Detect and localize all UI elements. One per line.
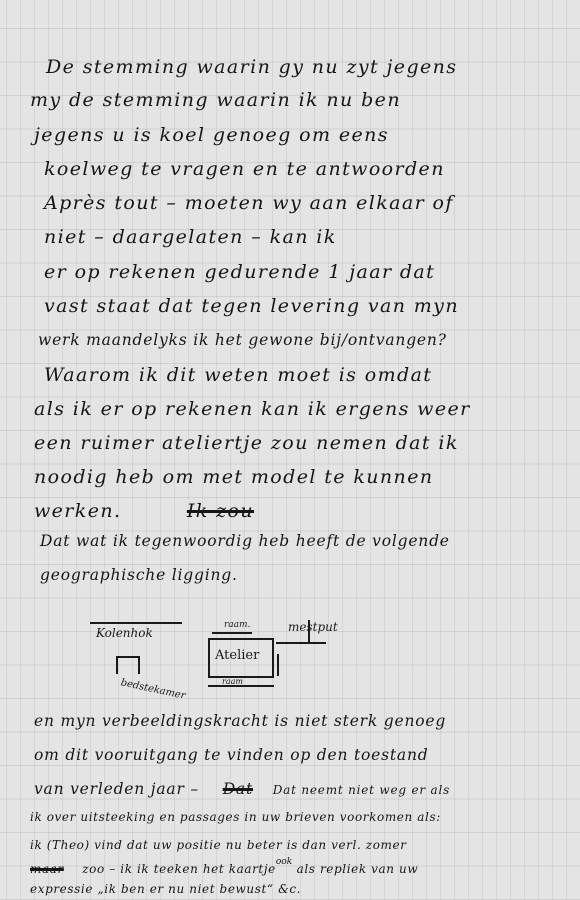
letter-line: jegens u is koel genoeg om eens bbox=[34, 124, 389, 146]
letter-text: van verleden jaar – bbox=[34, 780, 199, 798]
letter-line: als ik er op rekenen kan ik ergens weer bbox=[34, 398, 471, 420]
mestput-label: mestput bbox=[288, 620, 338, 634]
letter-line: maar zoo – ik ik teeken het kaartjeook a… bbox=[30, 862, 418, 876]
sketch-line bbox=[308, 620, 310, 642]
sketch-line bbox=[90, 622, 182, 624]
sketch-line bbox=[212, 632, 252, 634]
sketch-line bbox=[208, 685, 274, 687]
struck-text: maar bbox=[30, 862, 64, 876]
letter-line: Après tout – moeten wy aan elkaar of bbox=[44, 192, 454, 214]
letter-line: expressie „ik ben er nu niet bewust“ &c. bbox=[30, 882, 301, 896]
floor-plan-sketch: Kolenhok raam. Atelier raam mestput beds… bbox=[90, 612, 350, 712]
atelier-label: Atelier bbox=[215, 648, 259, 663]
letter-line: en myn verbeeldingskracht is niet sterk … bbox=[34, 712, 446, 730]
letter-text: werken. bbox=[34, 500, 121, 522]
letter-line: Dat wat ik tegenwoordig heb heeft de vol… bbox=[40, 532, 450, 550]
sketch-line bbox=[277, 654, 279, 676]
letter-line: werk maandelyks ik het gewone bij/ontvan… bbox=[38, 331, 447, 349]
letter-text: zoo – ik ik teeken het kaartje bbox=[82, 862, 276, 876]
letter-text: Dat neemt niet weg er als bbox=[273, 783, 450, 797]
letter-line: ik (Theo) vind dat uw positie nu beter i… bbox=[30, 838, 407, 852]
letter-line: werken. Ik zou bbox=[34, 500, 254, 522]
raam-top-label: raam. bbox=[224, 620, 250, 630]
letter-line: geographische ligging. bbox=[40, 566, 238, 584]
letter-line: noodig heb om met model te kunnen bbox=[34, 466, 433, 488]
letter-line: ik over uitsteeking en passages in uw br… bbox=[30, 810, 441, 824]
letter-line: De stemming waarin gy nu zyt jegens bbox=[46, 56, 457, 78]
small-room-sketch bbox=[116, 656, 140, 674]
struck-text: Dat bbox=[223, 780, 253, 798]
bedstekamer-label: bedstekamer bbox=[120, 677, 187, 701]
letter-line: niet – daargelaten – kan ik bbox=[44, 226, 337, 248]
letter-line: vast staat dat tegen levering van myn bbox=[44, 295, 459, 317]
letter-line: van verleden jaar – Dat Dat neemt niet w… bbox=[34, 780, 450, 798]
letter-text: om dit vooruitgang te vinden op den toes… bbox=[34, 746, 428, 764]
superscript-text: ook bbox=[276, 857, 292, 867]
struck-text: Ik zou bbox=[187, 500, 254, 522]
letter-line: my de stemming waarin ik nu ben bbox=[30, 89, 401, 111]
letter-page: De stemming waarin gy nu zyt jegens my d… bbox=[0, 0, 580, 900]
sketch-line bbox=[276, 642, 326, 644]
letter-line: er op rekenen gedurende 1 jaar dat bbox=[44, 261, 435, 283]
letter-line: een ruimer ateliertje zou nemen dat ik bbox=[34, 432, 459, 454]
letter-text: als repliek van uw bbox=[297, 862, 419, 876]
letter-line: Waarom ik dit weten moet is omdat bbox=[44, 364, 432, 386]
letter-line: koelweg te vragen en te antwoorden bbox=[44, 158, 445, 180]
kolenhok-label: Kolenhok bbox=[96, 626, 153, 640]
letter-line: om dit vooruitgang te vinden op den toes… bbox=[34, 746, 428, 764]
